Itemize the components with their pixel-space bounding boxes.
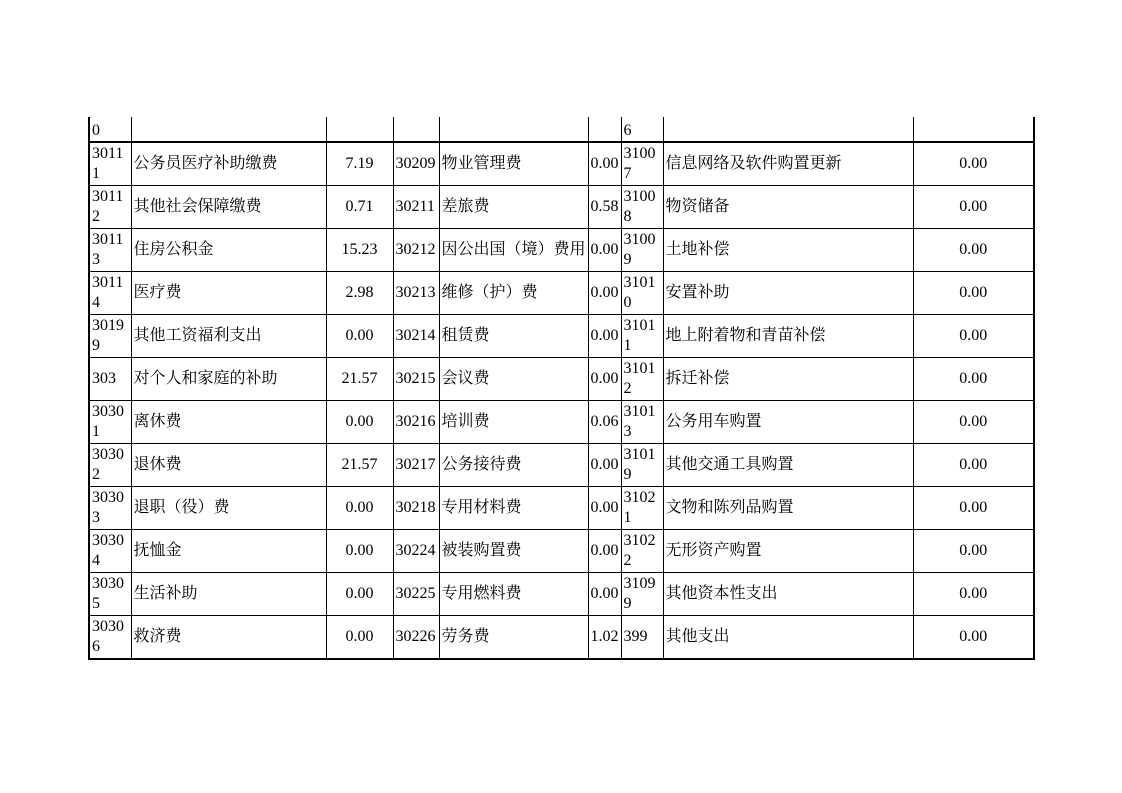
budget-table-body: 0630111公务员医疗补助缴费7.1930209物业管理费0.0031007信… xyxy=(89,117,1034,659)
code-cell-1: 30304 xyxy=(89,530,131,573)
amount-cell-3 xyxy=(913,117,1034,142)
table-row: 30114医疗费2.9830213维修（护）费0.0031010安置补助0.00 xyxy=(89,272,1034,315)
item-name-cell-2: 专用燃料费 xyxy=(439,573,588,616)
amount-cell-2 xyxy=(588,117,621,142)
code-cell-2: 30209 xyxy=(393,142,439,186)
item-name-cell-2: 被装购置费 xyxy=(439,530,588,573)
amount-cell-2: 0.00 xyxy=(588,315,621,358)
item-name-cell-1: 退职（役）费 xyxy=(131,487,326,530)
amount-cell-1: 0.00 xyxy=(326,487,393,530)
code-cell-3: 31011 xyxy=(621,315,663,358)
amount-cell-2: 0.00 xyxy=(588,229,621,272)
amount-cell-3: 0.00 xyxy=(913,530,1034,573)
code-cell-3: 399 xyxy=(621,616,663,660)
amount-cell-1: 0.71 xyxy=(326,186,393,229)
code-cell-2: 30218 xyxy=(393,487,439,530)
item-name-cell-3: 土地补偿 xyxy=(663,229,913,272)
item-name-cell-3: 其他资本性支出 xyxy=(663,573,913,616)
code-cell-3: 31099 xyxy=(621,573,663,616)
code-cell-3: 31008 xyxy=(621,186,663,229)
amount-cell-1: 15.23 xyxy=(326,229,393,272)
table-row-partial: 06 xyxy=(89,117,1034,142)
code-cell-2: 30225 xyxy=(393,573,439,616)
amount-cell-1: 0.00 xyxy=(326,315,393,358)
item-name-cell-3: 地上附着物和青苗补偿 xyxy=(663,315,913,358)
item-name-cell-3: 文物和陈列品购置 xyxy=(663,487,913,530)
code-cell-3: 31021 xyxy=(621,487,663,530)
item-name-cell-3: 公务用车购置 xyxy=(663,401,913,444)
amount-cell-1 xyxy=(326,117,393,142)
code-cell-3: 31019 xyxy=(621,444,663,487)
item-name-cell-2: 专用材料费 xyxy=(439,487,588,530)
item-name-cell-3: 物资储备 xyxy=(663,186,913,229)
amount-cell-3: 0.00 xyxy=(913,142,1034,186)
amount-cell-3: 0.00 xyxy=(913,487,1034,530)
amount-cell-3: 0.00 xyxy=(913,186,1034,229)
item-name-cell-3: 其他交通工具购置 xyxy=(663,444,913,487)
amount-cell-2: 0.00 xyxy=(588,530,621,573)
item-name-cell-3: 拆迁补偿 xyxy=(663,358,913,401)
table-row: 30111公务员医疗补助缴费7.1930209物业管理费0.0031007信息网… xyxy=(89,142,1034,186)
item-name-cell-1: 住房公积金 xyxy=(131,229,326,272)
amount-cell-2: 1.02 xyxy=(588,616,621,660)
item-name-cell-1 xyxy=(131,117,326,142)
code-cell-1: 30303 xyxy=(89,487,131,530)
code-cell-2: 30224 xyxy=(393,530,439,573)
amount-cell-2: 0.00 xyxy=(588,487,621,530)
code-cell-3: 31007 xyxy=(621,142,663,186)
item-name-cell-1: 其他社会保障缴费 xyxy=(131,186,326,229)
amount-cell-2: 0.00 xyxy=(588,573,621,616)
code-cell-2 xyxy=(393,117,439,142)
item-name-cell-2: 租赁费 xyxy=(439,315,588,358)
table-row: 30112其他社会保障缴费0.7130211差旅费0.5831008物资储备0.… xyxy=(89,186,1034,229)
code-cell-1: 30111 xyxy=(89,142,131,186)
code-cell-1: 30199 xyxy=(89,315,131,358)
table-row: 30305生活补助0.0030225专用燃料费0.0031099其他资本性支出0… xyxy=(89,573,1034,616)
item-name-cell-3: 无形资产购置 xyxy=(663,530,913,573)
code-cell-2: 30216 xyxy=(393,401,439,444)
code-cell-2: 30213 xyxy=(393,272,439,315)
item-name-cell-3: 其他支出 xyxy=(663,616,913,660)
amount-cell-3: 0.00 xyxy=(913,444,1034,487)
item-name-cell-2: 劳务费 xyxy=(439,616,588,660)
item-name-cell-2: 物业管理费 xyxy=(439,142,588,186)
table-row: 30303退职（役）费0.0030218专用材料费0.0031021文物和陈列品… xyxy=(89,487,1034,530)
code-cell-1: 30306 xyxy=(89,616,131,660)
code-cell-3: 31022 xyxy=(621,530,663,573)
table-row: 30199其他工资福利支出0.0030214租赁费0.0031011地上附着物和… xyxy=(89,315,1034,358)
code-cell-1: 30114 xyxy=(89,272,131,315)
item-name-cell-2: 培训费 xyxy=(439,401,588,444)
document-page: 0630111公务员医疗补助缴费7.1930209物业管理费0.0031007信… xyxy=(88,117,1035,660)
code-cell-3: 31009 xyxy=(621,229,663,272)
item-name-cell-3 xyxy=(663,117,913,142)
amount-cell-3: 0.00 xyxy=(913,401,1034,444)
table-row: 30306救济费0.0030226劳务费1.02399其他支出0.00 xyxy=(89,616,1034,660)
item-name-cell-3: 安置补助 xyxy=(663,272,913,315)
code-cell-1: 30302 xyxy=(89,444,131,487)
amount-cell-3: 0.00 xyxy=(913,315,1034,358)
code-cell-2: 30212 xyxy=(393,229,439,272)
amount-cell-2: 0.00 xyxy=(588,444,621,487)
amount-cell-1: 0.00 xyxy=(326,616,393,660)
code-cell-3: 31013 xyxy=(621,401,663,444)
table-row: 30113住房公积金15.2330212因公出国（境）费用0.0031009土地… xyxy=(89,229,1034,272)
amount-cell-1: 21.57 xyxy=(326,444,393,487)
amount-cell-3: 0.00 xyxy=(913,272,1034,315)
amount-cell-3: 0.00 xyxy=(913,358,1034,401)
code-cell-1: 303 xyxy=(89,358,131,401)
item-name-cell-1: 抚恤金 xyxy=(131,530,326,573)
code-cell-1: 30113 xyxy=(89,229,131,272)
item-name-cell-2: 差旅费 xyxy=(439,186,588,229)
amount-cell-3: 0.00 xyxy=(913,616,1034,660)
table-row: 303对个人和家庭的补助21.5730215会议费0.0031012拆迁补偿0.… xyxy=(89,358,1034,401)
code-cell-2: 30214 xyxy=(393,315,439,358)
item-name-cell-2: 因公出国（境）费用 xyxy=(439,229,588,272)
item-name-cell-1: 救济费 xyxy=(131,616,326,660)
amount-cell-2: 0.00 xyxy=(588,358,621,401)
amount-cell-2: 0.00 xyxy=(588,272,621,315)
amount-cell-2: 0.06 xyxy=(588,401,621,444)
item-name-cell-2: 公务接待费 xyxy=(439,444,588,487)
item-name-cell-2: 会议费 xyxy=(439,358,588,401)
amount-cell-2: 0.00 xyxy=(588,142,621,186)
item-name-cell-2: 维修（护）费 xyxy=(439,272,588,315)
code-cell-2: 30226 xyxy=(393,616,439,660)
amount-cell-1: 0.00 xyxy=(326,573,393,616)
amount-cell-1: 7.19 xyxy=(326,142,393,186)
item-name-cell-1: 其他工资福利支出 xyxy=(131,315,326,358)
amount-cell-2: 0.58 xyxy=(588,186,621,229)
budget-table: 0630111公务员医疗补助缴费7.1930209物业管理费0.0031007信… xyxy=(88,117,1035,660)
code-cell-2: 30215 xyxy=(393,358,439,401)
code-cell-2: 30217 xyxy=(393,444,439,487)
amount-cell-3: 0.00 xyxy=(913,229,1034,272)
amount-cell-1: 0.00 xyxy=(326,401,393,444)
item-name-cell-1: 退休费 xyxy=(131,444,326,487)
item-name-cell-2 xyxy=(439,117,588,142)
item-name-cell-1: 生活补助 xyxy=(131,573,326,616)
amount-cell-3: 0.00 xyxy=(913,573,1034,616)
item-name-cell-1: 对个人和家庭的补助 xyxy=(131,358,326,401)
code-cell-1: 0 xyxy=(89,117,131,142)
item-name-cell-1: 公务员医疗补助缴费 xyxy=(131,142,326,186)
item-name-cell-1: 离休费 xyxy=(131,401,326,444)
amount-cell-1: 0.00 xyxy=(326,530,393,573)
code-cell-1: 30112 xyxy=(89,186,131,229)
item-name-cell-3: 信息网络及软件购置更新 xyxy=(663,142,913,186)
table-row: 30301离休费0.0030216培训费0.0631013公务用车购置0.00 xyxy=(89,401,1034,444)
code-cell-3: 31012 xyxy=(621,358,663,401)
code-cell-1: 30305 xyxy=(89,573,131,616)
table-row: 30302退休费21.5730217公务接待费0.0031019其他交通工具购置… xyxy=(89,444,1034,487)
item-name-cell-1: 医疗费 xyxy=(131,272,326,315)
code-cell-3: 31010 xyxy=(621,272,663,315)
table-row: 30304抚恤金0.0030224被装购置费0.0031022无形资产购置0.0… xyxy=(89,530,1034,573)
code-cell-2: 30211 xyxy=(393,186,439,229)
code-cell-1: 30301 xyxy=(89,401,131,444)
amount-cell-1: 21.57 xyxy=(326,358,393,401)
amount-cell-1: 2.98 xyxy=(326,272,393,315)
code-cell-3: 6 xyxy=(621,117,663,142)
